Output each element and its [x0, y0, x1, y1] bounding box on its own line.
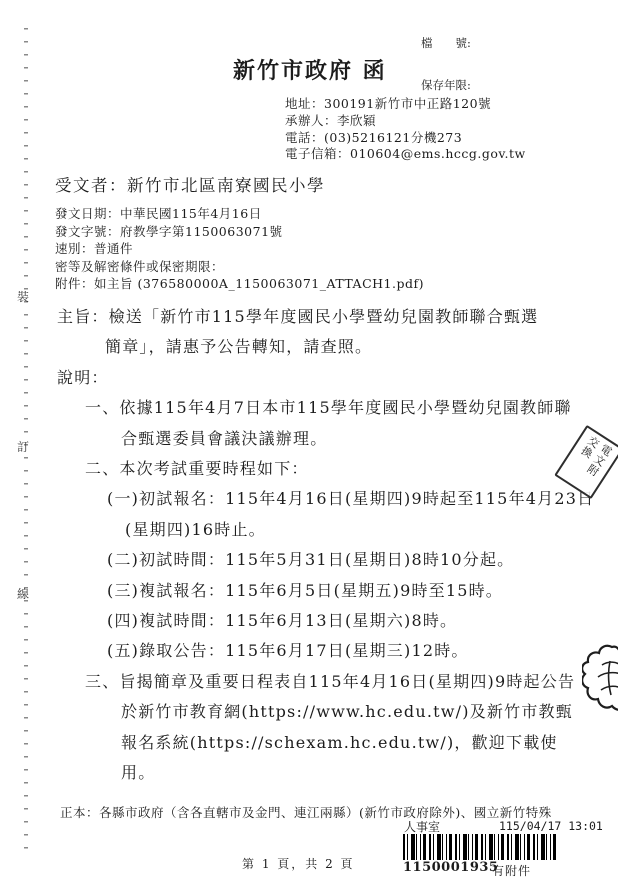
- meta-block: 發文日期：中華民國115年4月16日 發文字號：府教學字第1150063071號…: [55, 205, 424, 293]
- flower-seal-icon: [582, 643, 618, 717]
- body-line: (四)複試時間：115年6月13日(星期六)8時。: [0, 606, 606, 636]
- body-line: 主旨：檢送「新竹市115學年度國民小學暨幼兒園教師聯合甄選: [0, 302, 606, 332]
- body-line: (一)初試報名：115年4月16日(星期四)9時起至115年4月23日: [0, 484, 606, 514]
- official-letter-page: 裝 訂 線 檔 號: 保存年限: 新竹市政府 函 地址：300191新竹市中正路…: [0, 0, 618, 883]
- body-line: (三)複試報名：115年6月5日(星期五)9時至15時。: [0, 576, 606, 606]
- body-line: 合甄選委員會議決議辦理。: [0, 424, 606, 454]
- body-line: 二、本次考試重要時程如下：: [0, 454, 606, 484]
- body-line: 報名系統(https://schexam.hc.edu.tw/)，歡迎下載使: [0, 728, 606, 758]
- issue-number-line: 發文字號：府教學字第1150063071號: [55, 223, 424, 241]
- security-class-line: 密等及解密條件或保密期限：: [55, 258, 424, 276]
- contact-address: 地址：300191新竹市中正路120號: [285, 96, 526, 113]
- retention-period-label: 保存年限:: [421, 78, 471, 92]
- body-line: 說明：: [0, 363, 606, 393]
- issue-date-line: 發文日期：中華民國115年4月16日: [55, 205, 424, 223]
- file-number-label: 檔 號:: [421, 36, 471, 50]
- body-line: 簡章」，請惠予公告轉知，請查照。: [0, 332, 606, 362]
- attachment-note: 有附件: [492, 862, 531, 879]
- page-indicator: 第 1 頁，共 2 頁: [242, 855, 355, 872]
- body-line: 一、依據115年4月7日本市115學年度國民小學暨幼兒園教師聯: [0, 393, 606, 423]
- timestamp: 115/04/17 13:01: [499, 819, 603, 833]
- body-line: (星期四)16時止。: [0, 515, 606, 545]
- body-line: (五)錄取公告：115年6月17日(星期三)12時。: [0, 636, 606, 666]
- recipient-line: 受文者：新竹市北區南寮國民小學: [55, 172, 325, 196]
- contact-block: 地址：300191新竹市中正路120號 承辦人：李欣穎 電話：(03)52161…: [285, 96, 526, 163]
- body-line: 於新竹市教育網(https://www.hc.edu.tw/)及新竹市教甄: [0, 697, 606, 727]
- body-line: 三、旨揭簡章及重要日程表自115年4月16日(星期四)9時起公告: [0, 667, 606, 697]
- body-line: 用。: [0, 758, 606, 788]
- attachment-line: 附件：如主旨 (376580000A_1150063071_ATTACH1.pd…: [55, 275, 424, 293]
- copies-line: 正本：各縣市政府（含各直轄市及金門、連江兩縣）(新竹市政府除外)、國立新竹特殊: [60, 803, 552, 821]
- contact-email: 電子信箱：010604@ems.hccg.gov.tw: [285, 146, 526, 163]
- barcode: [403, 834, 559, 860]
- barcode-number: 1150001935: [403, 860, 498, 875]
- contact-person: 承辦人：李欣穎: [285, 113, 526, 130]
- speed-class-line: 速別：普通件: [55, 240, 424, 258]
- document-title: 新竹市政府 函: [233, 54, 387, 85]
- body-line: (二)初試時間：115年5月31日(星期日)8時10分起。: [0, 545, 606, 575]
- document-body: 主旨：檢送「新竹市115學年度國民小學暨幼兒園教師聯合甄選簡章」，請惠予公告轉知…: [0, 302, 606, 789]
- department-label: 人事室: [404, 818, 440, 835]
- contact-phone: 電話：(03)5216121分機273: [285, 130, 526, 147]
